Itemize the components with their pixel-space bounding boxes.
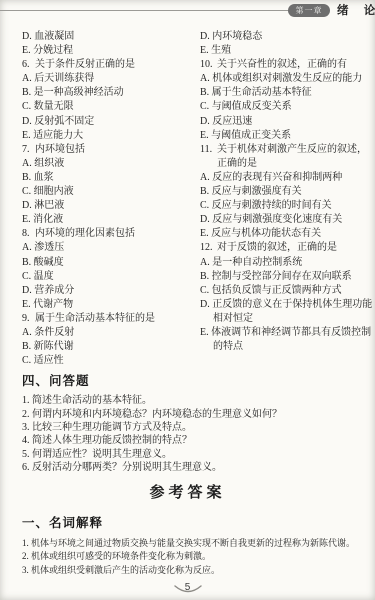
question-stem: 11. 关于机体对刺激产生反应的叙述，正确的是 [200,143,375,171]
option-line: D. 正反馈的意义在于保持机体生理功能相对恒定 [200,298,375,326]
question-text: 关于兴奋性的叙述，正确的有 [217,58,375,72]
question-text: 关于条件反射正确的是 [35,58,200,72]
textbook-page: 第一章 绪 论 D. 血液凝固 E. 分娩过程 6. 关于条件反射正确的是 A.… [0,0,375,600]
option-line: E. 与阈值成正变关系 [200,129,375,143]
option-line: A. 渗透压 [22,241,200,255]
question-text: 关于机体对刺激产生反应的叙述，正确的是 [217,143,375,171]
option-line: B. 酸碱度 [22,256,200,270]
question-text: 内环境包括 [35,143,200,157]
option-line: B. 属于生命活动基本特征 [200,86,375,100]
essay-question: 6. 反射活动分哪两类？分别说明其生理意义。 [22,461,367,474]
option-line: E. 消化液 [22,213,200,227]
option-line: C. 适应性 [22,354,200,368]
question-stem: 7. 内环境包括 [22,143,200,157]
question-number: 7. [22,143,35,157]
essay-question: 5. 何谓适应性？说明其生理意义。 [22,448,367,461]
option-line: A. 反应的表现有兴奋和抑制两种 [200,171,375,185]
option-line: C. 反应与刺激持续的时间有关 [200,199,375,213]
essay-question: 2. 何谓内环境和内环境稳态？内环境稳态的生理意义如何？ [22,408,367,421]
carryover-option-line: D. 血液凝固 [22,30,200,44]
option-line: A. 后天训练获得 [22,72,200,86]
option-line: C. 与阈值成反变关系 [200,100,375,114]
section-heading-terms: 一、名词解释 [22,516,367,531]
option-line: B. 控制与受控部分间存在双向联系 [200,270,375,284]
mcq-right-column: D. 内环境稳态 E. 生殖 10. 关于兴奋性的叙述，正确的有 A. 机体或组… [200,30,375,368]
option-line: A. 条件反射 [22,326,200,340]
option-line: C. 温度 [22,270,200,284]
question-stem: 10. 关于兴奋性的叙述，正确的有 [200,58,375,72]
section-heading-essay: 四、问答题 [22,374,367,389]
option-line: C. 数量无限 [22,100,200,114]
answer-item: 3. 机体或组织受刺激后产生的活动变化称为反应。 [22,564,367,578]
option-line: A. 组织液 [22,157,200,171]
carryover-option-line: E. 生殖 [200,44,375,58]
answers-title: 参考答案 [0,483,375,502]
option-line: D. 营养成分 [22,284,200,298]
option-line: B. 反应与刺激强度有关 [200,185,375,199]
page-number-ornament: 5 [173,577,203,593]
chapter-title: 绪 论 [337,2,375,18]
option-line: D. 反射弧不固定 [22,115,200,129]
chapter-badge: 第一章 [288,4,330,17]
page-footer: 5 [0,577,375,595]
option-line: A. 是一种自动控制系统 [200,256,375,270]
option-line: D. 淋巴液 [22,199,200,213]
question-number: 11. [200,143,217,171]
question-stem: 12. 对于反馈的叙述，正确的是 [200,241,375,255]
question-text: 属于生命活动基本特征的是 [35,312,200,326]
option-line: E. 代谢产物 [22,298,200,312]
essay-questions-section: 四、问答题 1. 简述生命活动的基本特征。 2. 何谓内环境和内环境稳态？内环境… [0,374,375,474]
essay-question: 1. 简述生命活动的基本特征。 [22,394,367,407]
option-line: D. 反应迅速 [200,115,375,129]
question-stem: 8. 内环境的理化因素包括 [22,227,200,241]
header-rule [0,10,292,11]
question-number: 6. [22,58,35,72]
answers-section: 一、名词解释 1. 机体与环境之间通过物质交换与能量交换实现不断自我更新的过程称… [0,516,375,578]
question-number: 10. [200,58,217,72]
page-header: 第一章 绪 论 [0,0,375,26]
option-line: B. 新陈代谢 [22,340,200,354]
question-stem: 9. 属于生命活动基本特征的是 [22,312,200,326]
option-line: E. 反应与机体功能状态有关 [200,227,375,241]
option-line: C. 包括负反馈与正反馈两种方式 [200,284,375,298]
question-number: 12. [200,241,217,255]
option-line: E. 体液调节和神经调节都具有反馈控制的特点 [200,326,375,354]
page-number: 5 [185,582,191,593]
question-text: 对于反馈的叙述，正确的是 [217,241,375,255]
question-text: 内环境的理化因素包括 [35,227,200,241]
mcq-columns: D. 血液凝固 E. 分娩过程 6. 关于条件反射正确的是 A. 后天训练获得 … [0,26,375,368]
option-line: A. 机体或组织对刺激发生反应的能力 [200,72,375,86]
option-line: D. 反应与刺激强度变化速度有关 [200,213,375,227]
option-line: B. 是一种高级神经活动 [22,86,200,100]
question-number: 9. [22,312,35,326]
option-line: E. 适应能力大 [22,129,200,143]
answer-item: 2. 机体或组织可感受的环境条件变化称为刺激。 [22,550,367,564]
essay-question: 4. 简述人体生理功能反馈控制的特点？ [22,434,367,447]
option-line: B. 血浆 [22,171,200,185]
carryover-option-line: D. 内环境稳态 [200,30,375,44]
question-stem: 6. 关于条件反射正确的是 [22,58,200,72]
answer-item: 1. 机体与环境之间通过物质交换与能量交换实现不断自我更新的过程称为新陈代谢。 [22,537,367,551]
carryover-option-line: E. 分娩过程 [22,44,200,58]
question-number: 8. [22,227,35,241]
option-line: C. 细胞内液 [22,185,200,199]
mcq-left-column: D. 血液凝固 E. 分娩过程 6. 关于条件反射正确的是 A. 后天训练获得 … [22,30,200,368]
essay-question: 3. 比较三种生理功能调节方式及特点。 [22,421,367,434]
